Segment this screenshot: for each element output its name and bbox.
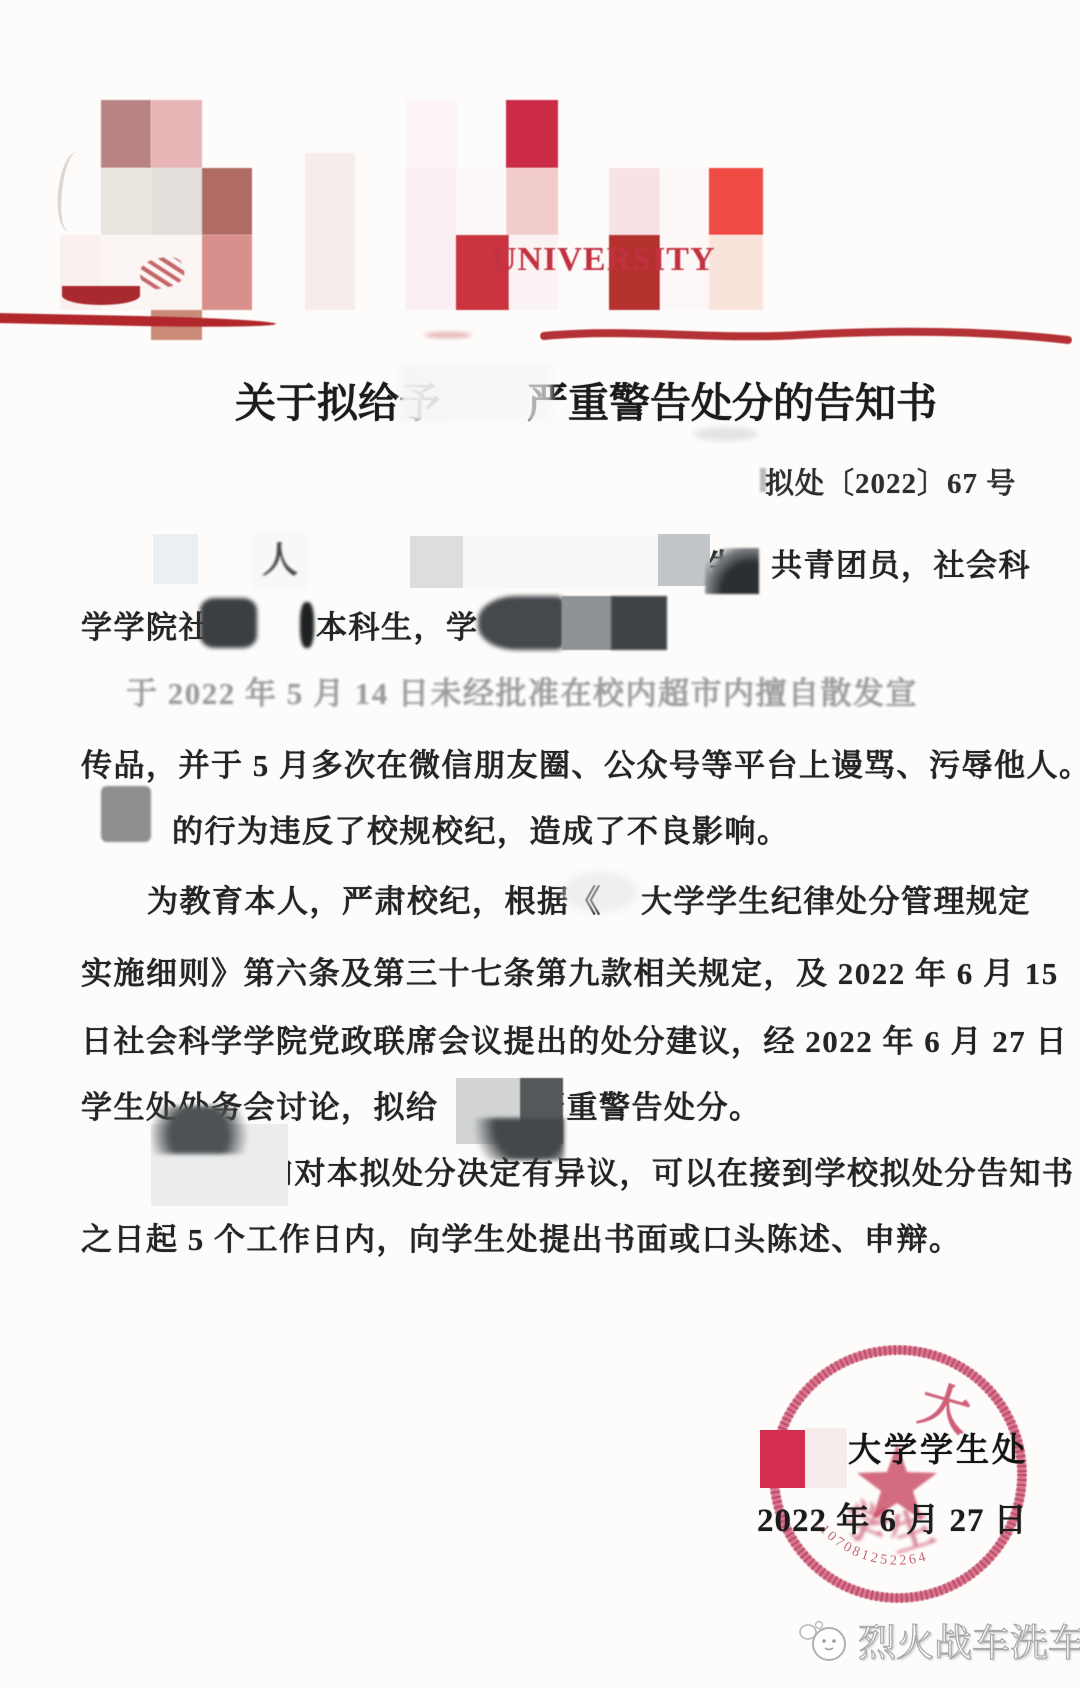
redaction-blob: [478, 596, 564, 650]
redaction-blob: [705, 548, 759, 594]
seal-issuer-text: 大学学生处: [848, 1424, 1028, 1471]
mosaic-tile: [101, 100, 151, 168]
mosaic-tile: [202, 168, 252, 235]
university-wordmark: UNIVERSITY: [492, 241, 732, 279]
body-line-11: 之日起 5 个工作日内，向学生处提出书面或口头陈述、申辩。: [81, 1214, 962, 1259]
redaction-blob: [152, 1106, 256, 1154]
mosaic-tile: [406, 167, 457, 310]
logo-remnant-bowl: [62, 286, 140, 305]
body-line-2b: 本科生，学: [316, 602, 479, 647]
redaction-block: [562, 596, 612, 650]
doc-number: 拟处〔2022〕67 号: [765, 461, 1016, 502]
body-line-2a: 学学院社: [81, 602, 211, 647]
watermark-face-icon: [798, 1616, 850, 1664]
mosaic-tile: [151, 168, 202, 235]
mosaic-tile: [456, 168, 506, 235]
redaction-blob: [468, 1118, 564, 1160]
title-redaction-patch: [400, 364, 552, 422]
header-red-rule-smudge: [424, 332, 472, 338]
body-line-9a: 学生处处务会讨论，拟给: [81, 1082, 439, 1127]
redaction-smudge: [562, 872, 638, 912]
partially-covered-char: 于 2022 年 5 月 14 日未经批准在校内超市内擅自散发宣: [126, 676, 918, 711]
body-line-10: 如对本拟处分决定有异议，可以在接到学校拟处分告知书: [262, 1148, 1075, 1193]
mosaic-tile: [506, 100, 558, 168]
redaction-blob: [200, 598, 257, 648]
mosaic-tile: [101, 168, 151, 235]
redaction-block: [611, 596, 667, 650]
watermark: 烈火战车洗车行: [798, 1612, 1080, 1667]
mosaic-tile: [406, 100, 457, 167]
censored-logo-mosaic: [0, 0, 1080, 360]
scanned-notice-page: UNIVERSITY 关于拟给予 严重警告处分的告知书 拟处〔2022〕67 号…: [0, 0, 1080, 1688]
header-red-rule-right: [540, 324, 1072, 354]
body-line-4: 传品，并于 5 月多次在微信朋友圈、公众号等平台上谩骂、污辱他人。: [81, 740, 1080, 785]
body-line-5: 的行为违反了校规校纪，造成了不良影响。: [172, 806, 790, 851]
body-line-6b: 大学学生纪律处分管理规定: [641, 876, 1031, 921]
body-line-8: 日社会科学学院党政联席会议提出的处分建议，经 2022 年 6 月 27 日: [81, 1016, 1068, 1061]
redaction-sliver: [300, 602, 314, 648]
seal-redaction-pink-block: [805, 1428, 847, 1488]
watermark-text: 烈火战车洗车行: [858, 1612, 1080, 1667]
mosaic-tile: [506, 168, 558, 235]
document-title: 关于拟给予 严重警告处分的告知书: [0, 370, 1080, 422]
redaction-block: [101, 786, 151, 842]
mosaic-tile: [202, 235, 252, 310]
seal-date: 2022 年 6 月 27 日: [757, 1494, 1028, 1541]
mosaic-tile: [151, 100, 202, 168]
redaction-block-partial-char: 人: [252, 532, 308, 590]
body-line-6a: 为教育本人，严肃校纪，根据《: [147, 876, 602, 921]
doc-number-smudge: [694, 427, 758, 441]
body-line-3: 于 2022 年 5 月 14 日未经批准在校内超市内擅自散发宣: [126, 668, 918, 713]
redaction-block: [658, 534, 710, 586]
title-suffix: 严重警告处分的告知书: [527, 370, 937, 429]
body-line-7: 实施细则》第六条及第三十七条第九款相关规定，及 2022 年 6 月 15: [81, 948, 1059, 993]
mosaic-tile: [609, 168, 660, 235]
seal-redaction-red-block: [760, 1430, 805, 1488]
body-line-9b: 严重警告处分。: [534, 1082, 762, 1127]
redaction-block: [463, 536, 659, 588]
redaction-block: [153, 534, 198, 584]
mosaic-tile: [709, 168, 763, 235]
mosaic-tile: [660, 168, 709, 310]
mosaic-tile: [305, 153, 355, 310]
redaction-block: [410, 536, 463, 588]
